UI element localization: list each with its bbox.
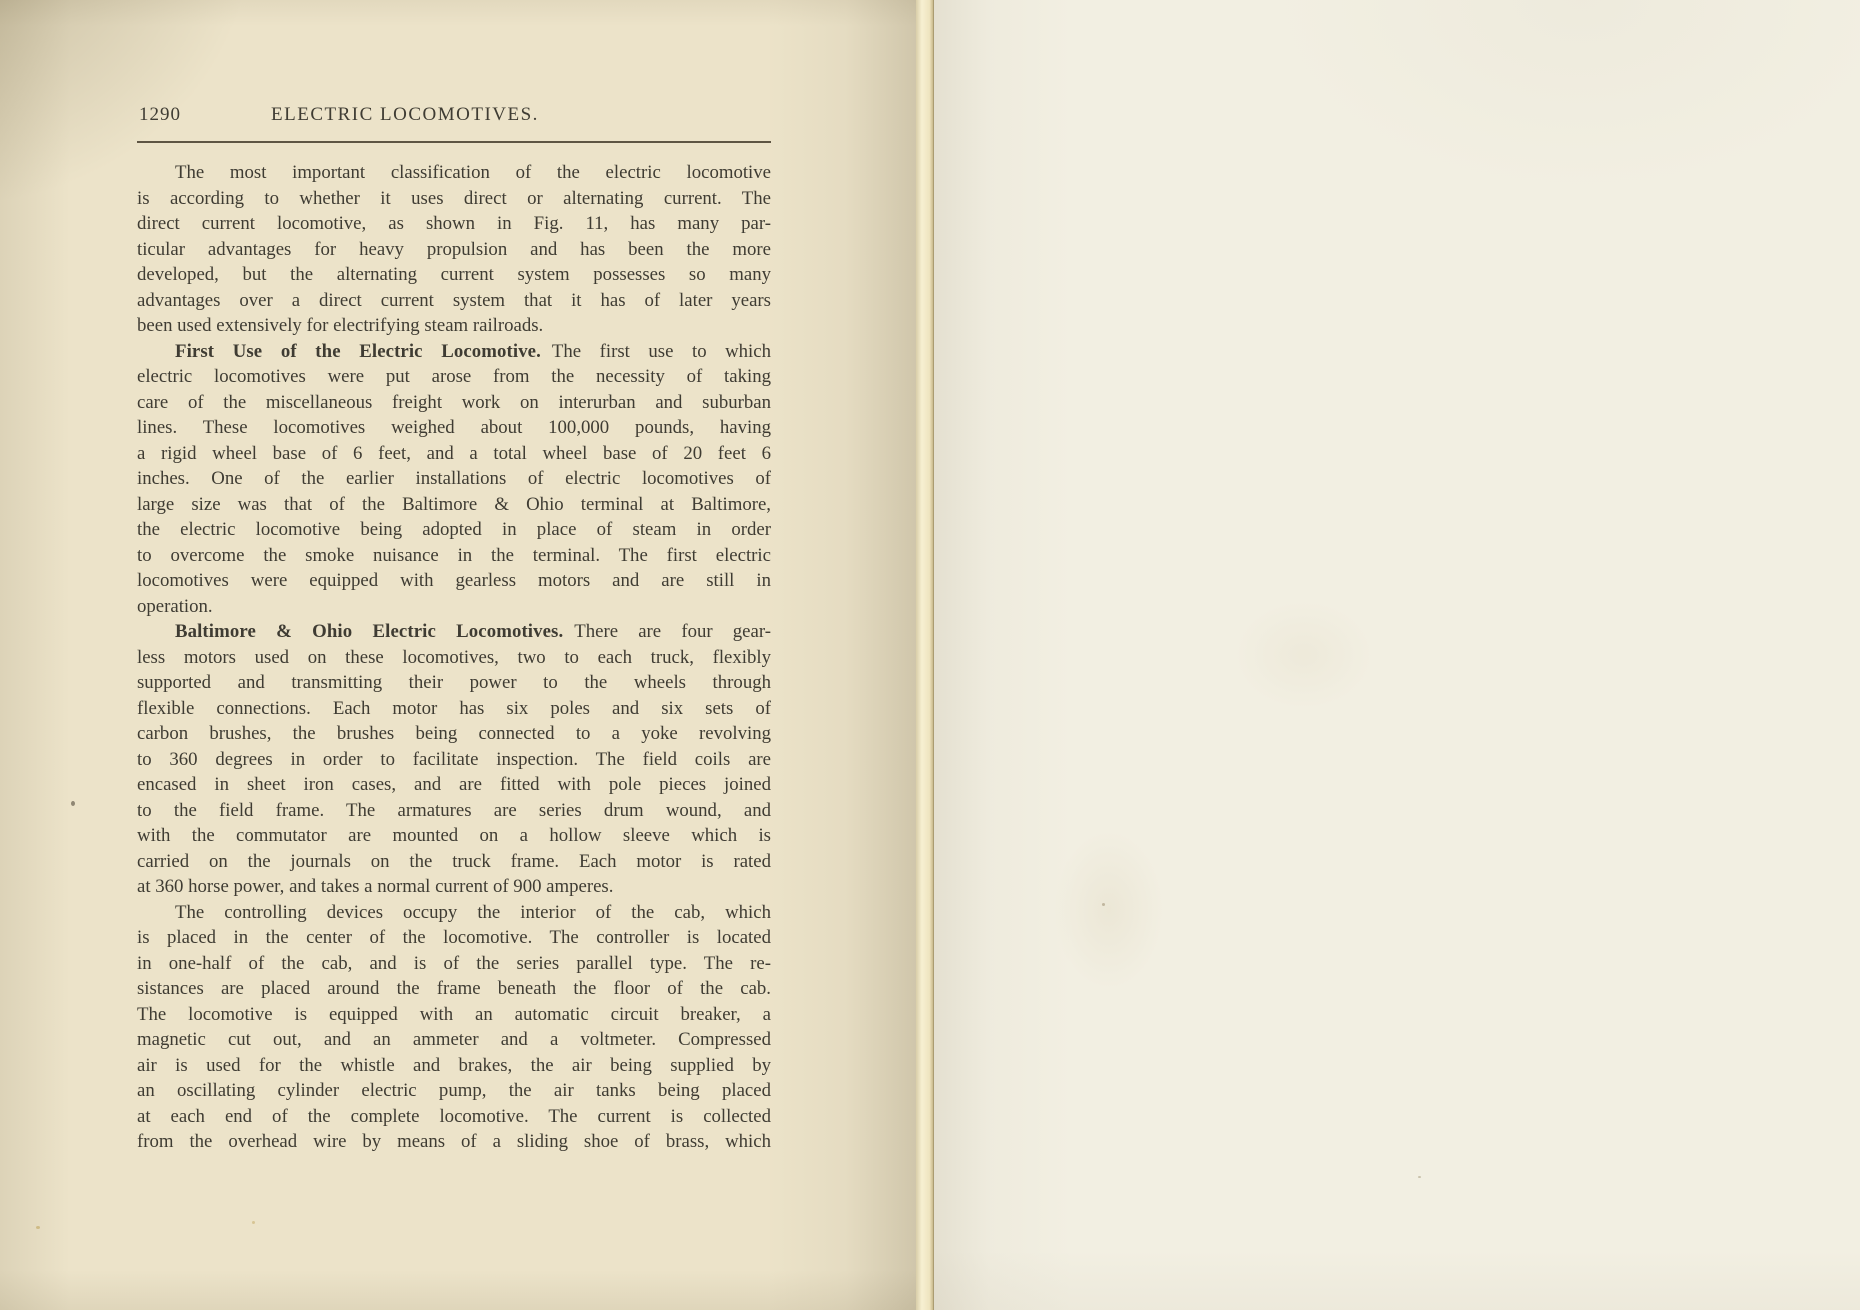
text-line: at 360 horse power, and takes a normal c… [137,874,771,900]
paper-stain [1054,830,1164,990]
text-line: to 360 degrees in order to facilitate in… [137,747,771,773]
text-line: less motors used on these locomotives, t… [137,645,771,671]
text-line: sistances are placed around the frame be… [137,976,771,1002]
text-line: at each end of the complete locomotive. … [137,1104,771,1130]
body-text: The most important classification of the… [137,160,771,1155]
text-line: advantages over a direct current system … [137,288,771,314]
text-line: lines. These locomotives weighed about 1… [137,415,771,441]
heading-line-text: The first use to which [552,341,771,362]
text-line: First Use of the Electric Locomotive.The… [137,339,771,365]
text-line: air is used for the whistle and brakes, … [137,1053,771,1079]
text-line: carbon brushes, the brushes being connec… [137,721,771,747]
text-line: magnetic cut out, and an ammeter and a v… [137,1027,771,1053]
text-line: from the overhead wire by means of a sli… [137,1129,771,1155]
text-line: inches. One of the earlier installations… [137,466,771,492]
text-line: care of the miscellaneous freight work o… [137,390,771,416]
text-line: in one-half of the cab, and is of the se… [137,951,771,977]
text-line: Baltimore & Ohio Electric Locomotives.Th… [137,619,771,645]
section-heading: Baltimore & Ohio Electric Locomotives. [175,621,563,642]
text-line: been used extensively for electrifying s… [137,313,771,339]
text-line: electric locomotives were put arose from… [137,364,771,390]
paper-speck [1418,1176,1421,1178]
left-page-fore-edge [916,0,934,1310]
text-line: the electric locomotive being adopted in… [137,517,771,543]
text-line: direct current locomotive, as shown in F… [137,211,771,237]
text-line: The controlling devices occupy the inter… [137,900,771,926]
text-line: carried on the journals on the truck fra… [137,849,771,875]
text-line: an oscillating cylinder electric pump, t… [137,1078,771,1104]
text-line: supported and transmitting their power t… [137,670,771,696]
paper-speck [36,1226,40,1229]
right-page-blank [934,0,1860,1310]
header-rule [137,141,771,143]
text-line: flexible connections. Each motor has six… [137,696,771,722]
section-heading: First Use of the Electric Locomotive. [175,341,541,362]
text-line: locomotives were equipped with gearless … [137,568,771,594]
text-line: developed, but the alternating current s… [137,262,771,288]
heading-line-text: There are four gear- [574,621,771,642]
paper-stain [1234,600,1374,710]
margin-mark [71,801,75,806]
text-line: is according to whether it uses direct o… [137,186,771,212]
text-line: ticular advantages for heavy propulsion … [137,237,771,263]
text-line: is placed in the center of the locomotiv… [137,925,771,951]
text-line: to overcome the smoke nuisance in the te… [137,543,771,569]
page-number: 1290 [139,104,181,126]
text-line: to the field frame. The armatures are se… [137,798,771,824]
text-line: large size was that of the Baltimore & O… [137,492,771,518]
text-line: The most important classification of the… [137,160,771,186]
type-area: 1290 ELECTRIC LOCOMOTIVES. The most impo… [137,0,771,1310]
text-line: with the commutator are mounted on a hol… [137,823,771,849]
running-title: ELECTRIC LOCOMOTIVES. [271,104,539,126]
text-line: The locomotive is equipped with an autom… [137,1002,771,1028]
text-line: encased in sheet iron cases, and are fit… [137,772,771,798]
paper-speck [1102,903,1105,906]
text-line: operation. [137,594,771,620]
left-page: 1290 ELECTRIC LOCOMOTIVES. The most impo… [0,0,916,1310]
book-spread: 1290 ELECTRIC LOCOMOTIVES. The most impo… [0,0,1860,1310]
text-line: a rigid wheel base of 6 feet, and a tota… [137,441,771,467]
